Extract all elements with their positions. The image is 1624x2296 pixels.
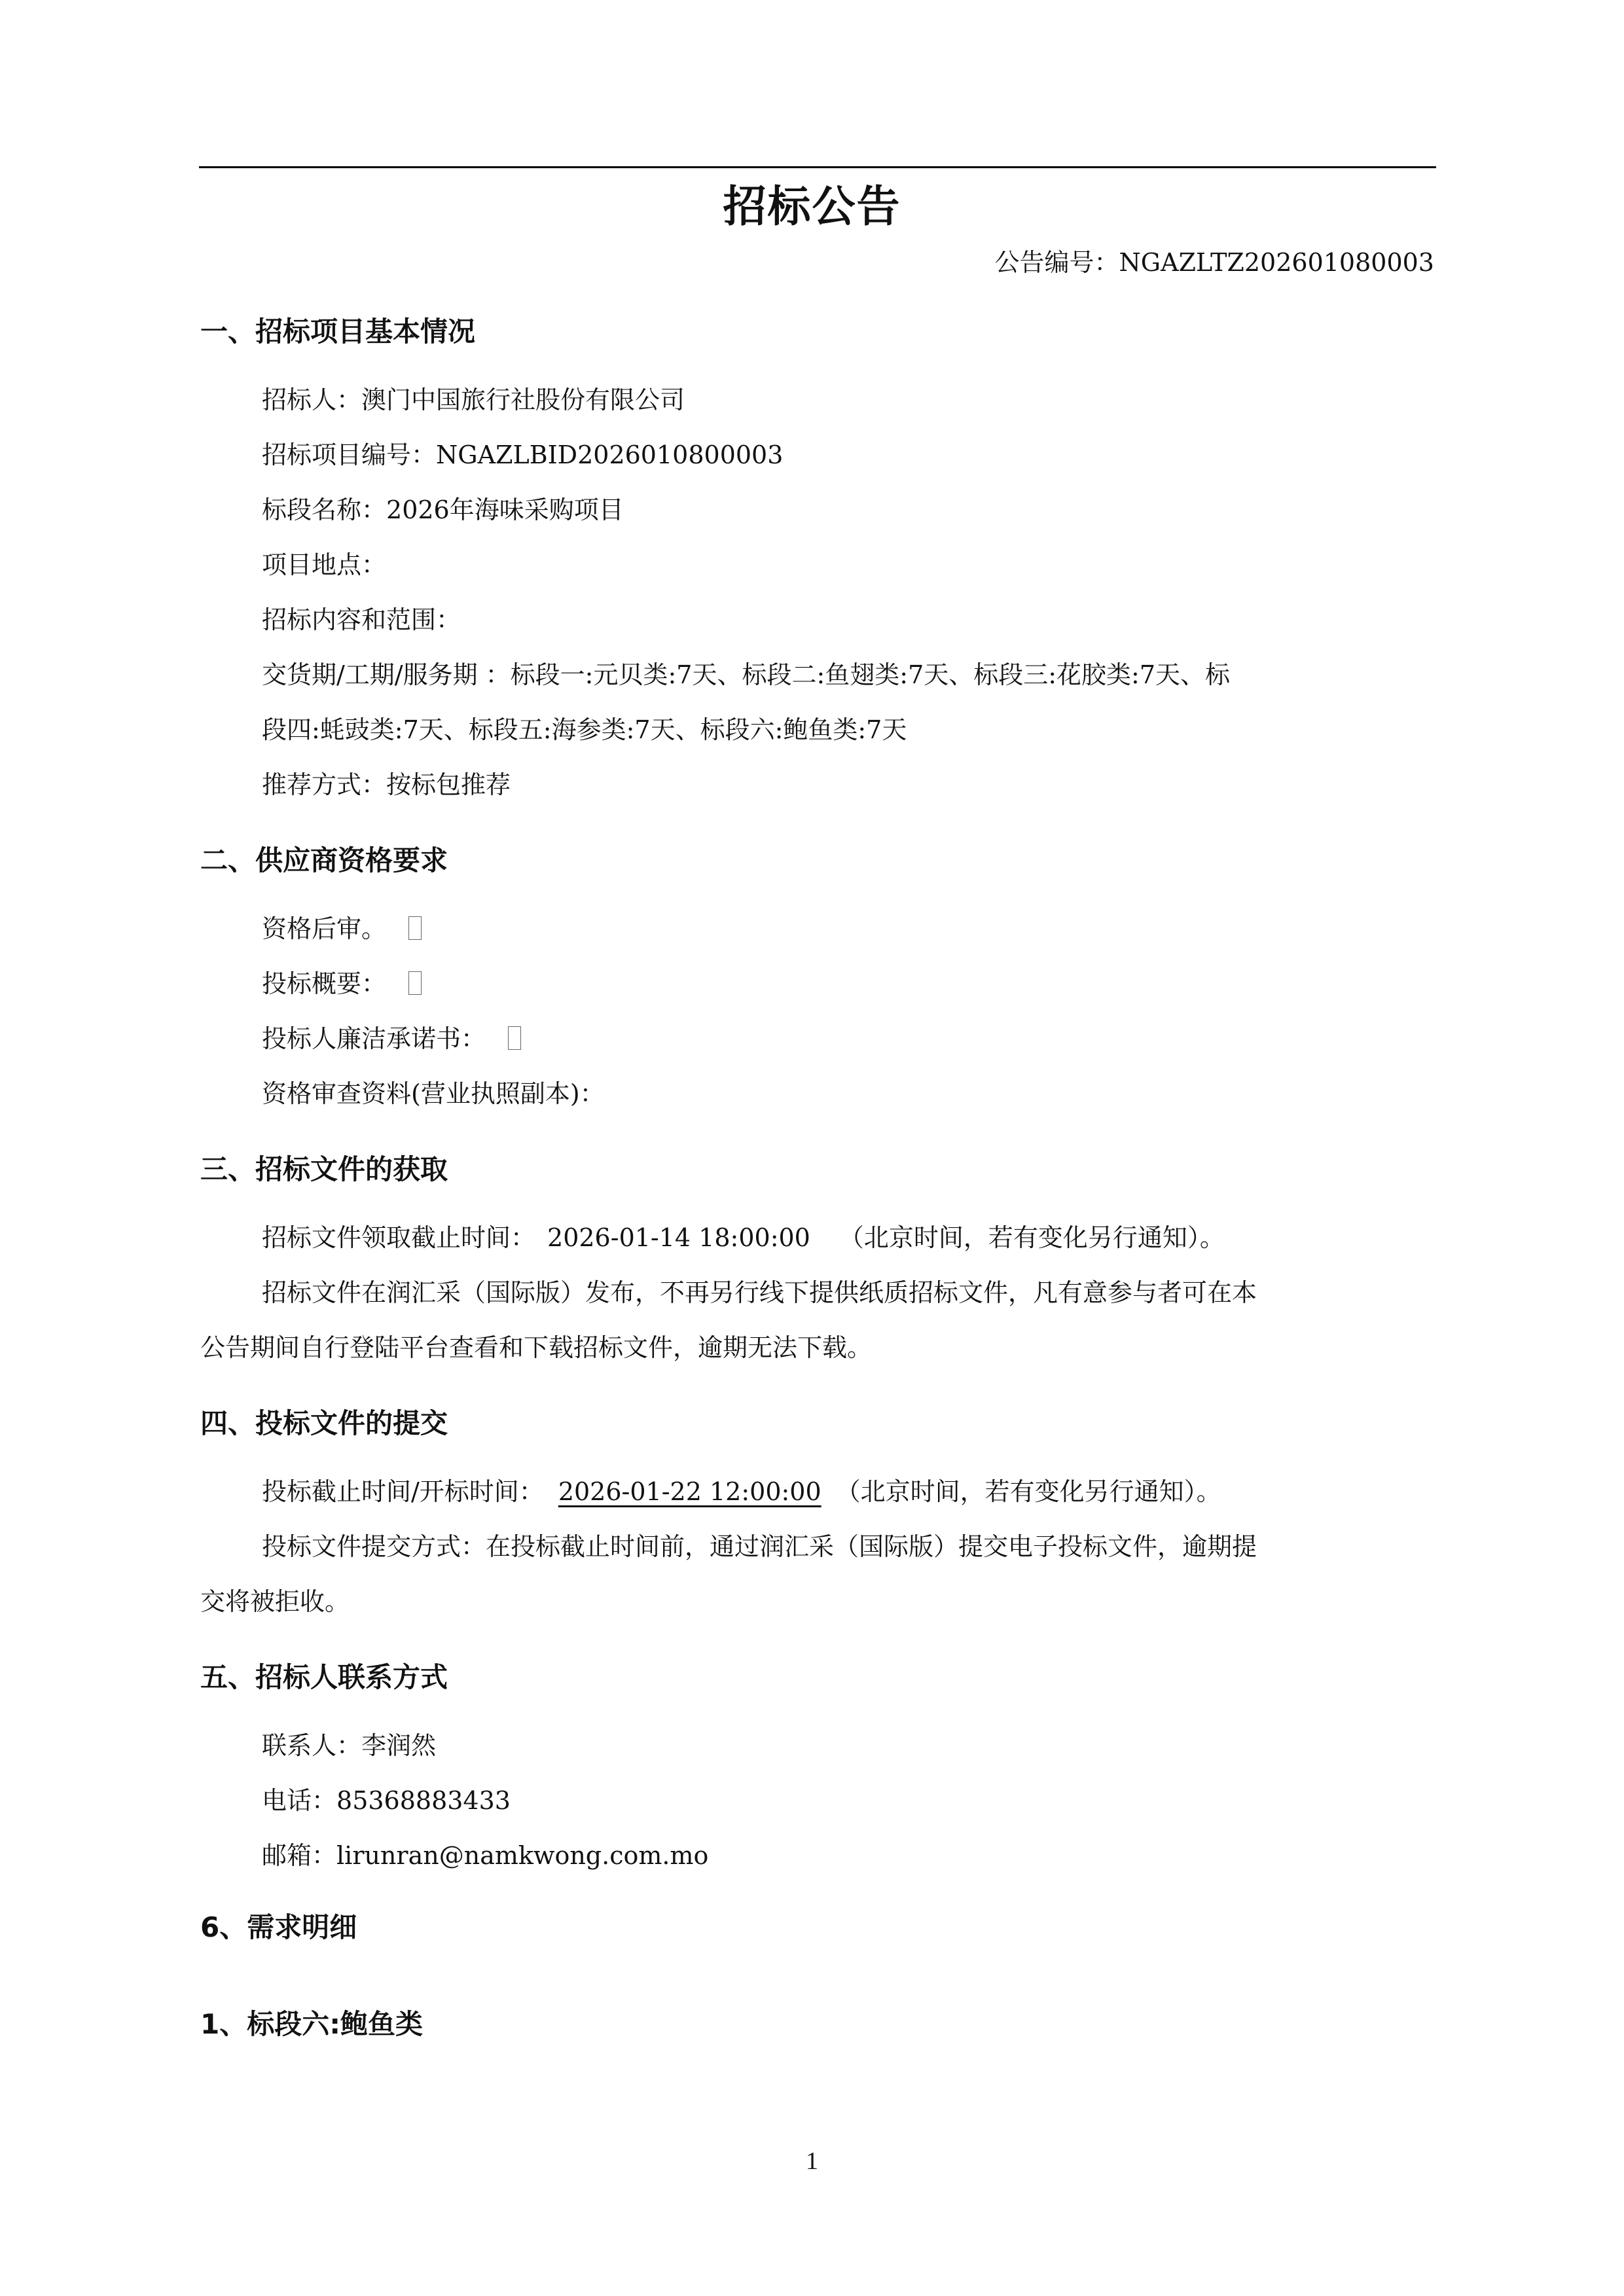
qualification-item-label: 资格后审。 (262, 914, 386, 943)
document-pickup-deadline: 招标文件领取截止时间：2026-01-14 18:00:00（北京时间，若有变化… (262, 1217, 1225, 1253)
section-3-heading: 三、招标文件的获取 (200, 1148, 448, 1187)
recommend-value: 按标包推荐 (386, 770, 511, 799)
qualification-item-label: 资格审查资料(营业执照副本)： (262, 1079, 605, 1108)
notice-number-value: NGAZLTZ202601080003 (1119, 248, 1434, 277)
section-5-heading: 五、招标人联系方式 (200, 1656, 448, 1695)
submission-method-line-2: 交将被拒收。 (200, 1581, 350, 1617)
document-release-paragraph-line-2: 公告期间自行登陆平台查看和下载招标文件，逾期无法下载。 (200, 1327, 872, 1363)
document-title: 招标公告 (0, 171, 1624, 234)
location-label: 项目地点： (262, 550, 386, 579)
missing-glyph-box-icon (508, 1026, 521, 1050)
bid-deadline: 投标截止时间/开标时间：2026-01-22 12:00:00（北京时间，若有变… (262, 1471, 1221, 1507)
section-4-heading: 四、投标文件的提交 (200, 1402, 448, 1441)
document-page: 招标公告 公告编号：NGAZLTZ202601080003 一、招标项目基本情况… (0, 0, 1624, 2296)
bid-deadline-note: （北京时间，若有变化另行通知）。 (836, 1477, 1221, 1506)
qualification-item-label: 投标人廉洁承诺书： (262, 1024, 486, 1053)
project-number-value: NGAZLBID2026010800003 (436, 440, 783, 469)
missing-glyph-box-icon (408, 916, 422, 940)
notice-number: 公告编号：NGAZLTZ202601080003 (995, 242, 1434, 278)
qualification-item-label: 投标概要： (262, 969, 386, 998)
lot-name-value: 2026年海味采购项目 (386, 495, 624, 524)
section-1-heading: 一、招标项目基本情况 (200, 310, 475, 350)
document-release-paragraph-line-1: 招标文件在润汇采（国际版）发布，不再另行线下提供纸质招标文件，凡有意参与者可在本 (262, 1272, 1257, 1308)
lot-6-subheading: 1、标段六:鲍鱼类 (200, 2003, 423, 2042)
recommend-line: 推荐方式：按标包推荐 (262, 764, 511, 800)
lot-name-label: 标段名称： (262, 495, 386, 524)
email-value: lirunran@namkwong.com.mo (336, 1841, 708, 1870)
bid-deadline-label: 投标截止时间/开标时间： (262, 1477, 544, 1506)
deadline-note: （北京时间，若有变化另行通知）。 (839, 1223, 1225, 1252)
email-label: 邮箱： (262, 1841, 336, 1870)
qualification-item: 资格后审。 (262, 908, 422, 944)
phone-line: 电话：85368883433 (262, 1780, 511, 1816)
qualification-item: 投标人廉洁承诺书： (262, 1018, 521, 1054)
section-2-heading: 二、供应商资格要求 (200, 839, 448, 878)
recommend-label: 推荐方式： (262, 770, 386, 799)
delivery-period-line-2: 段四:蚝豉类:7天、标段五:海参类:7天、标段六:鲍鱼类:7天 (262, 709, 907, 745)
scope-line: 招标内容和范围： (262, 600, 461, 636)
phone-label: 电话： (262, 1786, 336, 1815)
contact-label: 联系人： (262, 1731, 361, 1760)
tenderer-label: 招标人： (262, 386, 361, 414)
contact-person-line: 联系人：李润然 (262, 1725, 436, 1761)
phone-value: 85368883433 (336, 1786, 511, 1815)
email-line: 邮箱：lirunran@namkwong.com.mo (262, 1835, 708, 1871)
page-number: 1 (0, 2147, 1624, 2176)
contact-value: 李润然 (361, 1731, 436, 1760)
lot-name-line: 标段名称：2026年海味采购项目 (262, 490, 624, 526)
deadline-label: 招标文件领取截止时间： (262, 1223, 535, 1252)
submission-method-line-1: 投标文件提交方式：在投标截止时间前，通过润汇采（国际版）提交电子投标文件，逾期提 (262, 1526, 1257, 1562)
tenderer-value: 澳门中国旅行社股份有限公司 (361, 386, 685, 414)
bid-deadline-value: 2026-01-22 12:00:00 (544, 1477, 836, 1506)
qualification-item: 资格审查资料(营业执照副本)： (262, 1073, 605, 1109)
notice-number-label: 公告编号： (995, 248, 1119, 277)
header-rule (199, 166, 1436, 168)
scope-label: 招标内容和范围： (262, 605, 461, 634)
missing-glyph-box-icon (408, 971, 422, 995)
deadline-value: 2026-01-14 18:00:00 (547, 1223, 810, 1252)
qualification-item: 投标概要： (262, 963, 422, 999)
location-line: 项目地点： (262, 545, 386, 581)
delivery-period-line-1: 交货期/工期/服务期 ：标段一:元贝类:7天、标段二:鱼翅类:7天、标段三:花胶… (262, 655, 1230, 691)
project-number-line: 招标项目编号：NGAZLBID2026010800003 (262, 435, 783, 471)
project-number-label: 招标项目编号： (262, 440, 436, 469)
tenderer-line: 招标人：澳门中国旅行社股份有限公司 (262, 380, 685, 416)
section-6-heading: 6、需求明细 (200, 1906, 357, 1945)
